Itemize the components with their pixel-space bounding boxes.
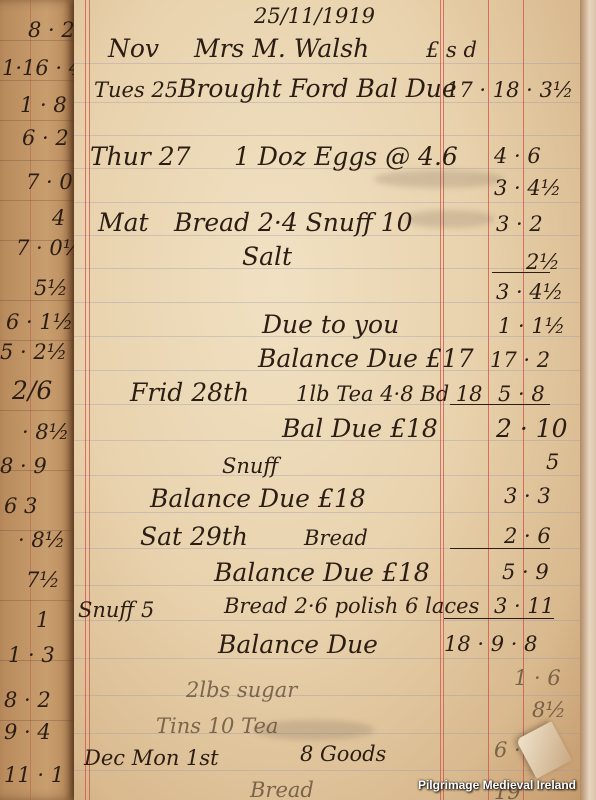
left-amount: 6 3 <box>4 496 37 517</box>
entry-amount: 5 <box>546 452 559 473</box>
entry-amount: 3 · 3 <box>504 486 551 507</box>
shillings-column-rule <box>488 0 489 800</box>
entry-amount: 3 · 2 <box>496 214 543 235</box>
entry-date: Snuff 5 <box>78 600 154 621</box>
entry-amount: 8½ <box>532 700 566 721</box>
entry-description: Bread <box>304 528 368 549</box>
entry-amount: 2 · 6 <box>504 526 551 547</box>
left-amount: 4 <box>52 208 65 229</box>
entry-date: Thur 27 <box>90 144 191 169</box>
entry-description: Bread 2·6 polish 6 laces <box>224 596 479 617</box>
ruled-line <box>74 475 580 476</box>
entry-date: Mat <box>98 210 149 235</box>
entry-description: 8 Goods <box>300 744 386 765</box>
ruled-line <box>0 410 78 411</box>
left-amount: · 8½ <box>18 530 65 551</box>
entry-amount: 1 · 1½ <box>498 316 565 337</box>
entry-description: Snuff <box>222 456 278 477</box>
left-amount: 8 · 2 <box>28 20 75 41</box>
date-column-rule <box>85 0 86 800</box>
entry-amount: 3 · 4½ <box>496 282 563 303</box>
entry-description: Bread <box>250 780 314 800</box>
entry-amount: 2 · 10 <box>496 416 568 441</box>
entry-description: Balance Due <box>218 632 378 657</box>
left-amount: 9 · 4 <box>4 722 51 743</box>
entry-description: Balance Due £18 <box>150 486 366 511</box>
ruled-line <box>0 300 78 301</box>
ruled-line <box>0 200 78 201</box>
left-amount: 1 · 8 <box>20 95 67 116</box>
entry-date: Sat 29th <box>140 524 248 549</box>
entry-amount: 17 · 18 · 3½ <box>446 80 573 101</box>
entry-description: Salt <box>242 244 292 269</box>
entry-description: Tins 10 Tea <box>156 716 278 737</box>
ruled-line <box>0 120 78 121</box>
date-column-rule <box>89 0 90 800</box>
total-rule <box>450 404 550 405</box>
entry-amount: 5 · 9 <box>502 562 549 583</box>
left-amount: 6 · 1½ <box>6 312 73 333</box>
entry-date: Tues 25 <box>94 80 178 101</box>
entry-description: 1 Doz Eggs @ 4.6 <box>234 144 458 169</box>
ruled-line <box>74 770 580 771</box>
ruled-line <box>74 695 580 696</box>
entry-amount: 17 · 2 <box>490 350 550 371</box>
left-amount: 7½ <box>26 570 60 591</box>
left-amount: 2/6 <box>12 378 52 403</box>
watermark: Pilgrimage Medieval Ireland <box>418 778 576 792</box>
total-rule <box>444 618 554 619</box>
entry-date: Nov <box>108 36 159 61</box>
entry-amount: 6 · <box>494 740 521 761</box>
left-amount: 1·16 · 4 <box>2 58 82 79</box>
entry-amount: 2½ <box>526 252 560 273</box>
left-amount: 8 · 9 <box>0 456 47 477</box>
left-amount: 8 · 2 <box>4 690 51 711</box>
entry-date: Dec Mon 1st <box>84 748 219 769</box>
entry-description: Bal Due £18 <box>282 416 438 441</box>
left-amount: 5½ <box>34 278 68 299</box>
entry-amount: 4 · 6 <box>494 146 541 167</box>
currency-headers: £ s d <box>426 40 477 61</box>
left-amount: 11 · 1 <box>4 765 64 786</box>
ruled-line <box>74 202 580 203</box>
page-edge <box>580 0 596 800</box>
ink-stain <box>404 210 494 228</box>
left-amount: 1 <box>36 610 49 631</box>
entry-amount: 3 · 4½ <box>494 178 561 199</box>
entry-description: Brought Ford Bal Due <box>178 76 457 101</box>
left-amount: 6 · 2 <box>22 128 69 149</box>
entry-amount: 5 · 8 <box>498 384 545 405</box>
account-name: Mrs M. Walsh <box>194 36 369 61</box>
ruled-line <box>0 160 78 161</box>
left-ledger-page: 8 · 2 1·16 · 4 1 · 8 6 · 2 7 · 0 4 7 · 0… <box>0 0 78 800</box>
entry-amount: 1 · 6 <box>514 668 561 689</box>
entry-description: 2lbs sugar <box>186 680 297 701</box>
entry-description: Balance Due £17 <box>258 346 474 371</box>
entry-description: Due to you <box>262 312 399 337</box>
entry-description: Balance Due £18 <box>214 560 430 585</box>
total-rule <box>492 272 550 273</box>
entry-amount: 18 · 9 · 8 <box>444 634 538 655</box>
ink-stain <box>374 170 504 188</box>
ruled-line <box>0 600 78 601</box>
left-amount: 7 · 0 <box>26 172 73 193</box>
left-amount: 5 · 2½ <box>0 342 67 363</box>
entry-date: Frid 28th <box>130 380 249 405</box>
entry-description: 1lb Tea 4·8 Bd 18 <box>296 384 483 405</box>
ruled-line <box>74 268 580 269</box>
entry-description: Bread 2·4 Snuff 10 <box>174 210 412 235</box>
ruled-line <box>74 135 580 136</box>
total-rule <box>450 548 550 549</box>
entry-amount: 3 · 11 <box>494 596 554 617</box>
ledger-date: 25/11/1919 <box>254 6 375 27</box>
ruled-line <box>0 80 78 81</box>
left-amount: 1 · 3 <box>8 645 55 666</box>
ruled-line <box>74 63 580 64</box>
right-ledger-page: 25/11/1919 Nov Mrs M. Walsh £ s d Tues 2… <box>74 0 580 800</box>
left-amount: · 8½ <box>22 422 69 443</box>
